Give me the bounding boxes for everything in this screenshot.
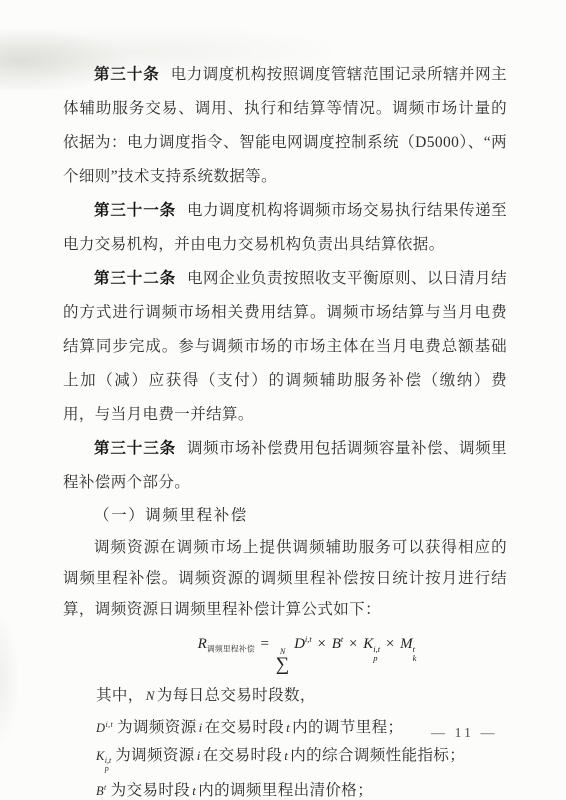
formula-term-price: Bt — [332, 636, 344, 652]
article-32-paragraph: 第三十二条电网企业负责按照收支平衡原则、以日清月结的方式进行调频市场相关费用结算… — [63, 262, 507, 432]
multiplication-sign: × — [386, 636, 394, 652]
variable-i: i — [199, 720, 203, 735]
formula-term-performance: Ki,tp — [363, 636, 380, 652]
multiplication-sign: × — [318, 636, 326, 652]
definition-line-B: Bt为交易时段t内的调频里程出清价格； — [63, 774, 507, 800]
symbol-K: Ki,tp — [96, 749, 111, 763]
article-30-paragraph: 第三十条电力调度机构按照调度管辖范围记录所辖并网主体辅助服务交易、调用、执行和结… — [63, 58, 507, 194]
definition-line-K: Ki,tp为调频资源i在交易时段t内的综合调频性能指标； — [63, 742, 507, 774]
article-30-body: 电力调度机构按照调度管辖范围记录所辖并网主体辅助服务交易、调用、执行和结算等情况… — [63, 66, 507, 185]
formula-lhs: R调频里程补偿 — [198, 636, 255, 652]
variable-i: i — [197, 748, 201, 763]
formula-lhs-subscript: 调频里程补偿 — [207, 645, 255, 654]
variable-t: t — [192, 783, 196, 798]
article-32-number: 第三十二条 — [94, 270, 176, 287]
article-31-paragraph: 第三十一条电力调度机构将调频市场交易执行结果传递至电力交易机构，并由电力交易机构… — [63, 194, 507, 262]
summation-symbol: N∑ — [276, 648, 290, 674]
mileage-compensation-formula: R调频里程补偿 = N∑ Di,t × Bt × Ki,tp × Mtk — [107, 634, 507, 674]
definition-line-N: 其中，N为每日总交易时段数， — [63, 681, 507, 711]
formula-term-m: Mtk — [400, 636, 416, 652]
variable-t: t — [286, 720, 290, 735]
article-30-number: 第三十条 — [94, 66, 160, 83]
article-32-body: 电网企业负责按照收支平衡原则、以日清月结的方式进行调频市场相关费用结算。调频市场… — [63, 270, 507, 423]
symbol-B: Bt — [96, 784, 107, 798]
page-number: — 11 — — [431, 726, 497, 742]
variable-N: N — [146, 688, 155, 703]
variable-t: t — [284, 748, 288, 763]
document-page: 第三十条电力调度机构按照调度管辖范围记录所辖并网主体辅助服务交易、调用、执行和结… — [0, 0, 566, 800]
article-31-number: 第三十一条 — [94, 202, 176, 219]
formula-term-mileage: Di,t — [294, 636, 312, 652]
article-33-paragraph: 第三十三条调频市场补偿费用包括调频容量补偿、调频里程补偿两个部分。 — [63, 432, 507, 500]
section-subheading: （一）调频里程补偿 — [63, 500, 507, 532]
symbol-D: Di,t — [96, 721, 113, 735]
article-33-number: 第三十三条 — [94, 440, 176, 457]
mileage-compensation-paragraph: 调频资源在调频市场上提供调频辅助服务可以获得相应的调频里程补偿。调频资源的调频里… — [63, 532, 507, 625]
equals-sign: = — [261, 636, 269, 652]
scan-artifact — [0, 600, 40, 760]
multiplication-sign: × — [349, 636, 357, 652]
